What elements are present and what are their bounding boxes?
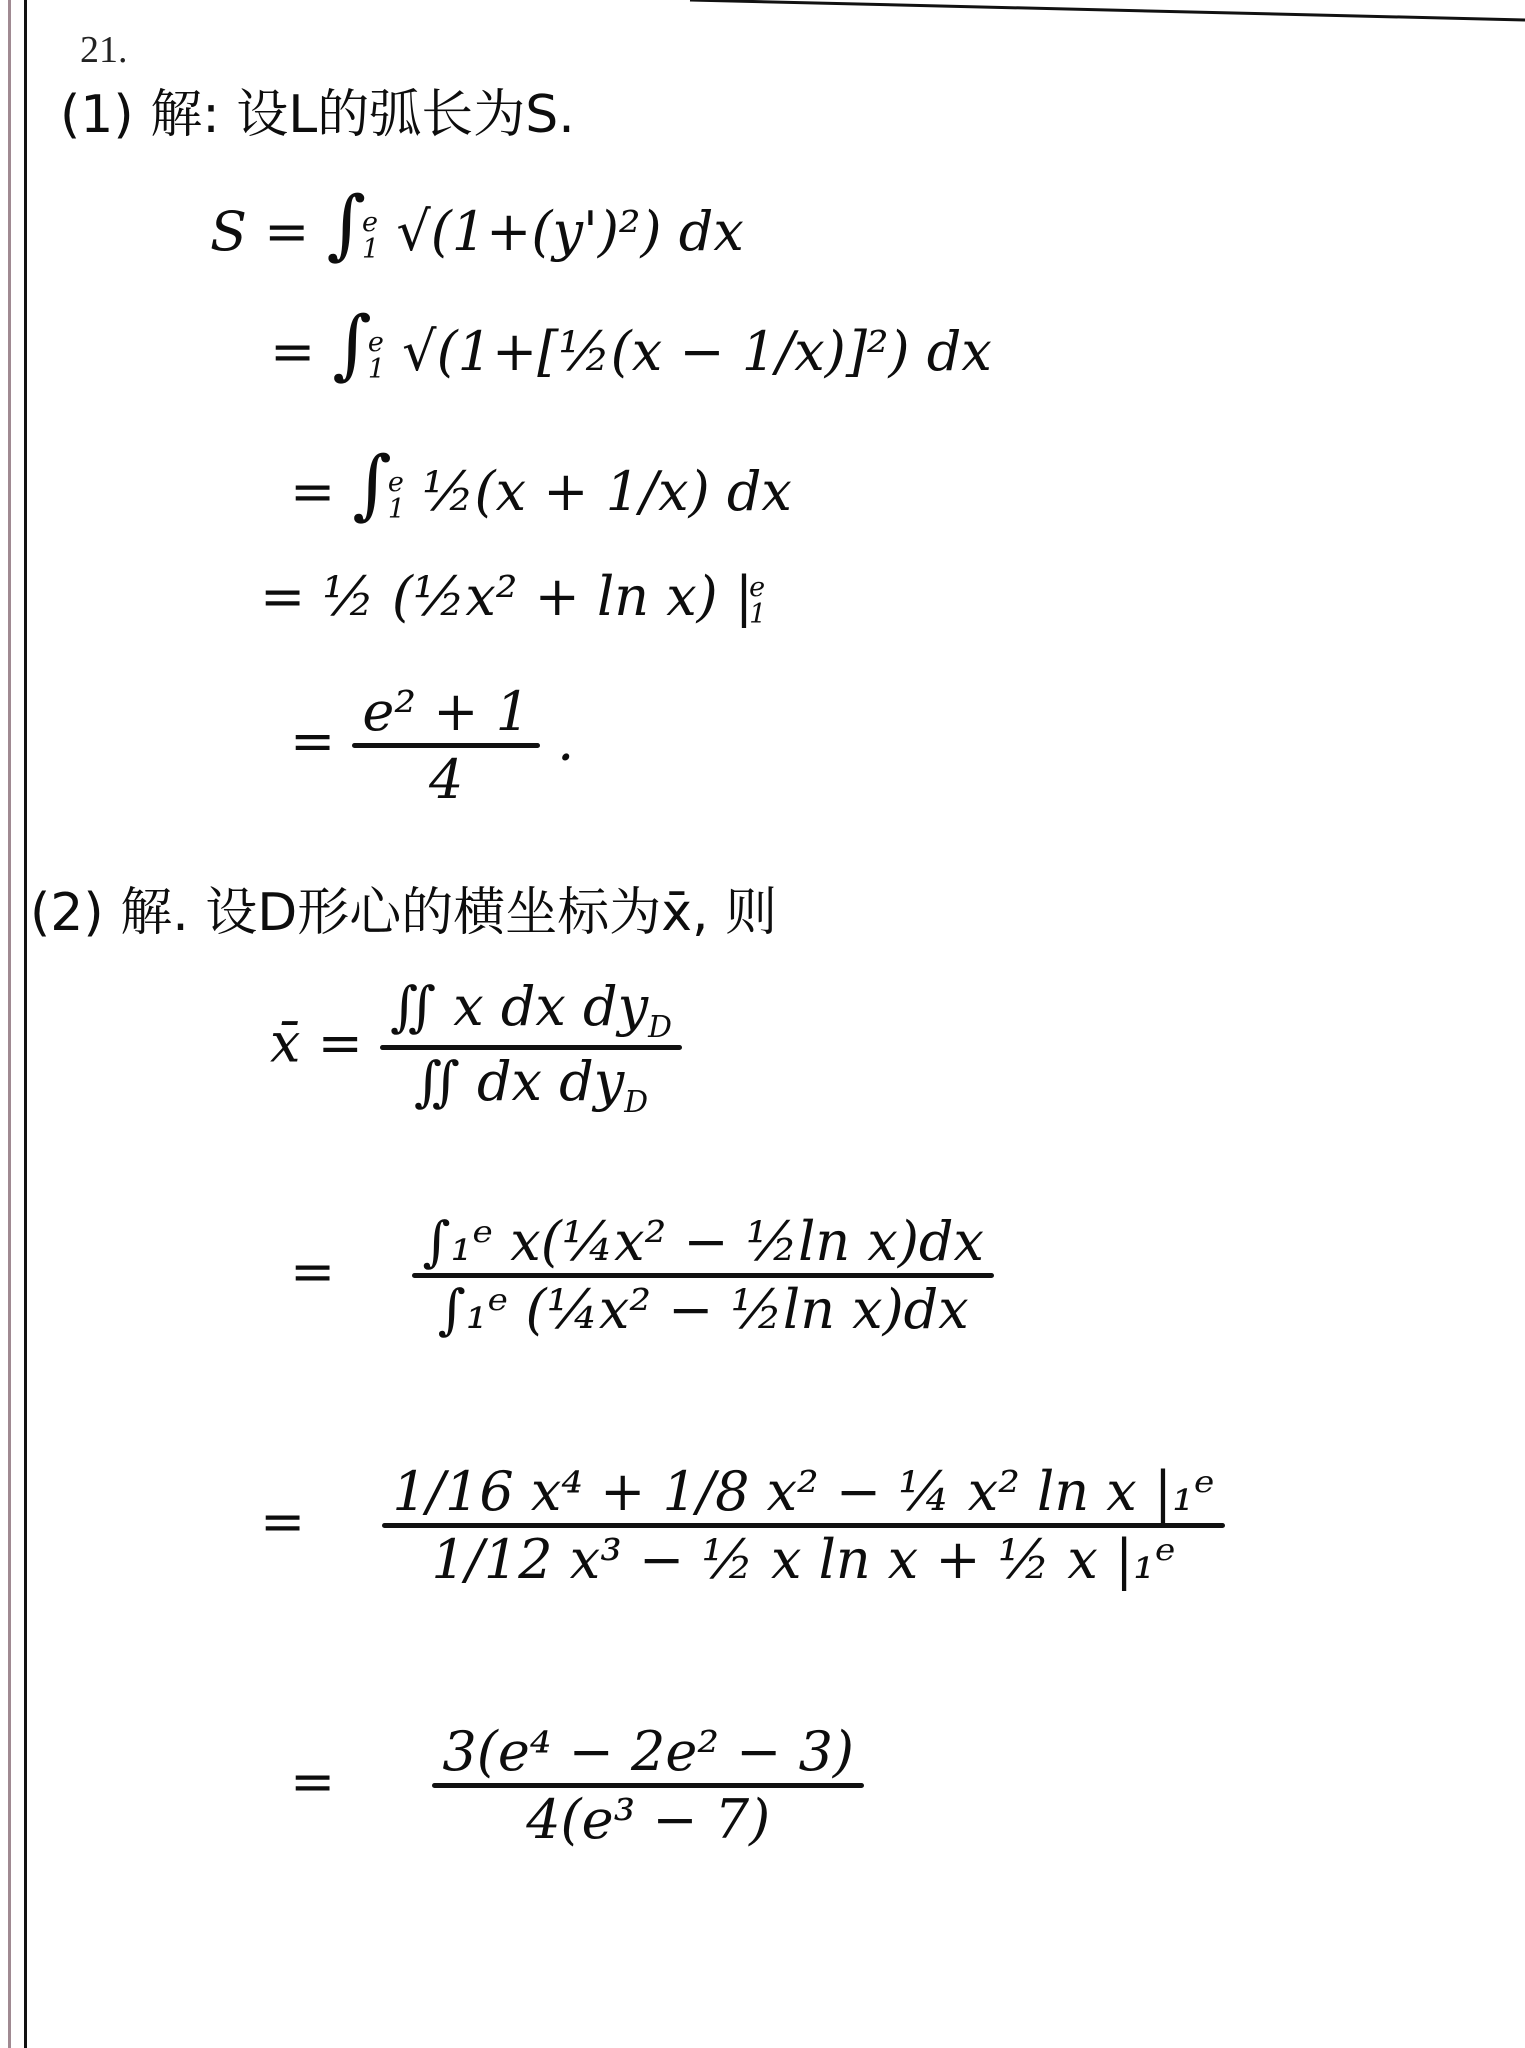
fraction: ∬ x dx dyD ∬ dx dyD bbox=[380, 975, 682, 1120]
lhs: x̄ = bbox=[270, 1011, 363, 1074]
lhs: = bbox=[260, 1490, 305, 1553]
upper-limit: e bbox=[362, 209, 379, 236]
part1-step-1: S = ∫e1 √(1+(y')²) dx bbox=[210, 180, 744, 268]
lhs: = bbox=[260, 565, 305, 628]
margin-line-pink bbox=[8, 0, 11, 2048]
fraction: ∫₁ᵉ x(¼x² − ½ln x)dx ∫₁ᵉ (¼x² − ½ln x)dx bbox=[412, 1210, 994, 1341]
lhs: S = bbox=[210, 200, 309, 263]
numerator-text: ∬ x dx dy bbox=[390, 975, 648, 1038]
integrand: √(1+(y')²) dx bbox=[396, 200, 743, 263]
numerator: 1/16 x⁴ + 1/8 x² − ¼ x² ln x |₁ᵉ bbox=[382, 1460, 1224, 1523]
part1-result: = e² + 1 4 . bbox=[290, 680, 574, 811]
lhs: = bbox=[290, 1750, 335, 1813]
top-border-line bbox=[0, 0, 1525, 30]
denominator: ∬ dx dyD bbox=[404, 1050, 658, 1120]
denominator: 4(e³ − 7) bbox=[516, 1788, 780, 1851]
upper-limit: e bbox=[388, 469, 405, 496]
part2-result: = 3(e⁴ − 2e² − 3) 4(e³ − 7) bbox=[290, 1720, 864, 1851]
integral-sign: ∫ bbox=[332, 300, 371, 388]
lhs: = bbox=[290, 710, 335, 773]
lhs: = bbox=[290, 460, 335, 523]
upper-limit: e bbox=[368, 329, 385, 356]
denominator-text: ∬ dx dy bbox=[414, 1050, 624, 1113]
lhs: = bbox=[270, 320, 315, 383]
numerator: e² + 1 bbox=[352, 680, 540, 743]
upper-limit: e bbox=[749, 574, 766, 601]
lhs: = bbox=[290, 1240, 335, 1303]
part1-step-2: = ∫e1 √(1+[½(x − 1/x)]²) dx bbox=[270, 300, 992, 388]
part1-step-3: = ∫e1 ½(x + 1/x) dx bbox=[290, 440, 792, 528]
fraction: e² + 1 4 bbox=[352, 680, 540, 811]
integral-sign: ∫ bbox=[327, 180, 366, 268]
lower-limit: 1 bbox=[362, 236, 379, 263]
denominator: ∫₁ᵉ (¼x² − ½ln x)dx bbox=[428, 1278, 979, 1341]
region-label: D bbox=[624, 1085, 648, 1120]
part2-heading: (2) 解. 设D形心的横坐标为x̄, 则 bbox=[30, 870, 777, 945]
part2-step-1: x̄ = ∬ x dx dyD ∬ dx dyD bbox=[270, 975, 682, 1120]
integrand: √(1+[½(x − 1/x)]²) dx bbox=[402, 320, 992, 383]
lower-limit: 1 bbox=[388, 496, 405, 523]
fraction: 1/16 x⁴ + 1/8 x² − ¼ x² ln x |₁ᵉ 1/12 x³… bbox=[382, 1460, 1224, 1591]
antiderivative: ½ (½x² + ln x) | bbox=[322, 565, 753, 628]
part1-heading: (1) 解: 设L的弧长为S. bbox=[60, 72, 575, 147]
part2-step-2: = ∫₁ᵉ x(¼x² − ½ln x)dx ∫₁ᵉ (¼x² − ½ln x)… bbox=[290, 1210, 994, 1341]
region-label: D bbox=[648, 1010, 672, 1045]
numerator: ∫₁ᵉ x(¼x² − ½ln x)dx bbox=[412, 1210, 994, 1273]
denominator: 4 bbox=[419, 748, 473, 811]
integrand: ½(x + 1/x) dx bbox=[422, 460, 792, 523]
numerator: 3(e⁴ − 2e² − 3) bbox=[432, 1720, 864, 1783]
question-number: 21. bbox=[80, 28, 128, 72]
period: . bbox=[557, 710, 574, 773]
margin-line-black bbox=[24, 0, 27, 2048]
fraction: 3(e⁴ − 2e² − 3) 4(e³ − 7) bbox=[432, 1720, 864, 1851]
part1-step-4: = ½ (½x² + ln x) |e1 bbox=[260, 565, 766, 628]
lower-limit: 1 bbox=[368, 356, 385, 383]
part2-step-3: = 1/16 x⁴ + 1/8 x² − ¼ x² ln x |₁ᵉ 1/12 … bbox=[260, 1460, 1225, 1591]
numerator: ∬ x dx dyD bbox=[380, 975, 682, 1045]
denominator: 1/12 x³ − ½ x ln x + ½ x |₁ᵉ bbox=[421, 1528, 1185, 1591]
lower-limit: 1 bbox=[749, 601, 766, 628]
integral-sign: ∫ bbox=[352, 440, 391, 528]
